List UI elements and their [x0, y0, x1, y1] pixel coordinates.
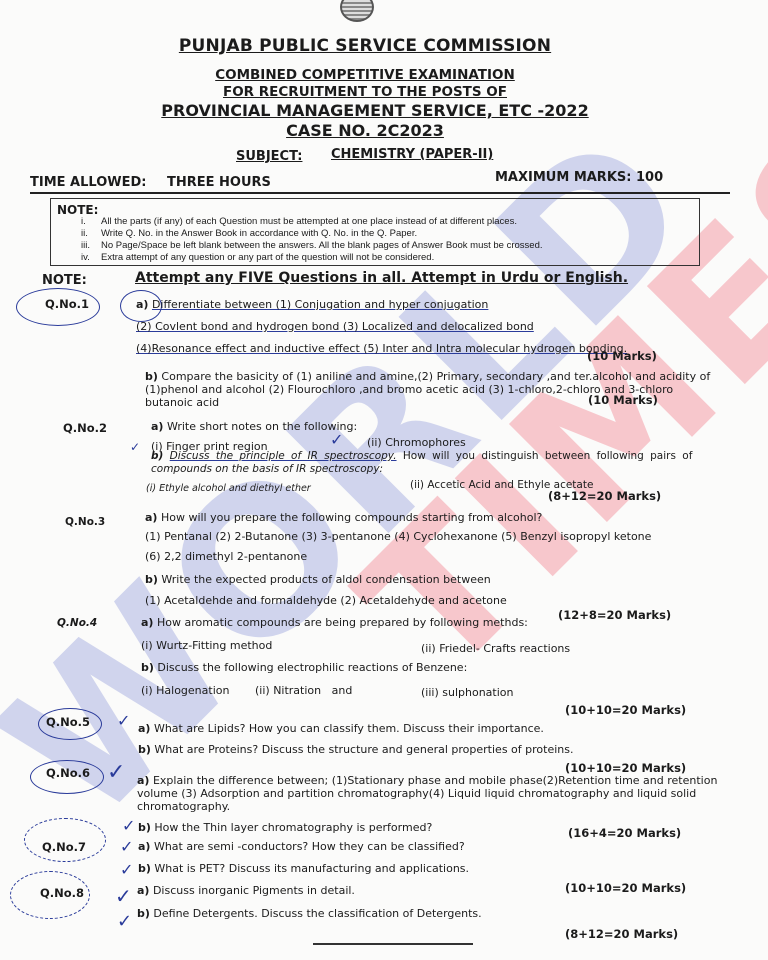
q8-marks: (8+12=20 Marks)	[565, 927, 678, 941]
q5-part-a: a) What are Lipids? How you can classify…	[138, 722, 544, 735]
time-allowed-label: TIME ALLOWED:	[30, 175, 146, 190]
question-label: Q.No.4	[57, 617, 97, 629]
q2-part-b-i: (i) Ethyle alcohol and diethyl ether	[146, 483, 311, 494]
exam-title-line2: FOR RECRUITMENT TO THE POSTS OF	[0, 84, 730, 100]
q1-part-b-marks: (10 Marks)	[588, 393, 658, 407]
check-mark-icon: ✓	[130, 440, 140, 454]
q6-marks: (16+4=20 Marks)	[568, 826, 681, 840]
q4-part-b-ii: (ii) Nitration and	[255, 684, 352, 697]
check-mark-icon: ✓	[120, 860, 133, 879]
q3-part-a: a) How will you prepare the following co…	[145, 511, 542, 524]
q7-marks: (10+10=20 Marks)	[565, 881, 686, 895]
check-mark-icon: ✓	[117, 711, 130, 730]
q3-part-b-line1: (1) Acetaldehde and formaldehyde (2) Ace…	[145, 594, 507, 607]
q4-part-b-iii: (iii) sulphonation	[421, 686, 513, 699]
question-label: Q.No.8	[40, 886, 84, 900]
check-mark-icon: ✓	[115, 884, 132, 908]
check-mark-icon: ✓	[107, 760, 125, 785]
q5-marks: (10+10=20 Marks)	[565, 761, 686, 775]
q3-part-a-line1: (1) Pentanal (2) 2-Butanone (3) 3-pentan…	[145, 530, 651, 543]
time-allowed-value: THREE HOURS	[167, 175, 271, 190]
exam-title-line1: COMBINED COMPETITIVE EXAMINATION	[0, 67, 730, 83]
instruction-label: NOTE:	[42, 273, 87, 288]
note-item: iii.No Page/Space be left blank between …	[81, 240, 543, 251]
q4-part-a-i: (i) Wurtz-Fitting method	[141, 639, 272, 652]
note-item: i.All the parts (if any) of each Questio…	[81, 216, 517, 227]
q1-part-a-line1: a) Differentiate between (1) Conjugation…	[136, 298, 488, 311]
subject-value: CHEMISTRY (PAPER-II)	[331, 147, 493, 162]
q5-part-b: b) What are Proteins? Discuss the struct…	[138, 743, 573, 756]
note-box: NOTE: i.All the parts (if any) of each Q…	[50, 198, 700, 266]
question-label: Q.No.5	[46, 715, 90, 729]
note-item: ii.Write Q. No. in the Answer Book in ac…	[81, 228, 417, 239]
q6-part-b: b) How the Thin layer chromatography is …	[138, 821, 432, 834]
q1-part-a-line2: (2) Covlent bond and hydrogen bond (3) L…	[136, 320, 534, 333]
note-item: iv.Extra attempt of any question or any …	[81, 252, 434, 263]
question-label: Q.No.1	[45, 297, 89, 311]
org-title: PUNJAB PUBLIC SERVICE COMMISSION	[0, 36, 730, 56]
q4-marks: (10+10=20 Marks)	[565, 703, 686, 717]
instruction-text: Attempt any FIVE Questions in all. Attem…	[135, 270, 628, 286]
q2-part-b-text2: compounds on the basis of IR spectroscop…	[151, 463, 383, 475]
q7-part-b: b) What is PET? Discuss its manufacturin…	[138, 862, 469, 875]
end-divider	[313, 943, 473, 945]
question-label: Q.No.3	[65, 516, 105, 528]
q6-part-a: a) Explain the difference between; (1)St…	[137, 774, 749, 813]
q3-part-b: b) Write the expected products of aldol …	[145, 573, 491, 586]
q4-part-b: b) Discuss the following electrophilic r…	[141, 661, 467, 674]
subject-label: SUBJECT:	[236, 149, 302, 164]
question-label: Q.No.2	[63, 421, 107, 435]
check-mark-icon: ✓	[120, 837, 133, 856]
q1-part-a-line3: (4)Resonance effect and inductive effect…	[136, 342, 627, 355]
header-divider	[30, 192, 730, 194]
q3-marks: (12+8=20 Marks)	[558, 608, 671, 622]
exam-title-line3: PROVINCIAL MANAGEMENT SERVICE, ETC -2022	[10, 101, 740, 120]
q1-part-a-marks: (10 Marks)	[587, 349, 657, 363]
case-number: CASE NO. 2C2023	[0, 121, 730, 140]
q2-part-a-ii: (ii) Chromophores	[367, 436, 466, 449]
check-mark-icon: ✓	[117, 911, 132, 932]
check-mark-icon: ✓	[330, 430, 343, 449]
q3-part-a-line2: (6) 2,2 dimethyl 2-pentanone	[145, 550, 307, 563]
q7-part-a: a) What are semi -conductors? How they c…	[138, 840, 465, 853]
question-label: Q.No.6	[46, 766, 90, 780]
q8-part-b: b) Define Detergents. Discuss the classi…	[137, 907, 482, 920]
maximum-marks: MAXIMUM MARKS: 100	[495, 170, 663, 185]
q4-part-a-ii: (ii) Friedel- Crafts reactions	[421, 642, 570, 655]
q2-part-b-text: b) Discuss the principle of IR spectrosc…	[151, 450, 726, 463]
question-label: Q.No.7	[42, 840, 86, 854]
q4-part-a: a) How aromatic compounds are being prep…	[141, 616, 528, 629]
check-mark-icon: ✓	[122, 816, 135, 835]
note-box-title: NOTE:	[57, 203, 98, 217]
q2-part-a: a) Write short notes on the following:	[151, 420, 357, 433]
q4-part-b-i: (i) Halogenation	[141, 684, 229, 697]
q8-part-a: a) Discuss inorganic Pigments in detail.	[137, 884, 355, 897]
q2-marks: (8+12=20 Marks)	[548, 489, 661, 503]
ppsc-seal-icon	[340, 0, 374, 22]
